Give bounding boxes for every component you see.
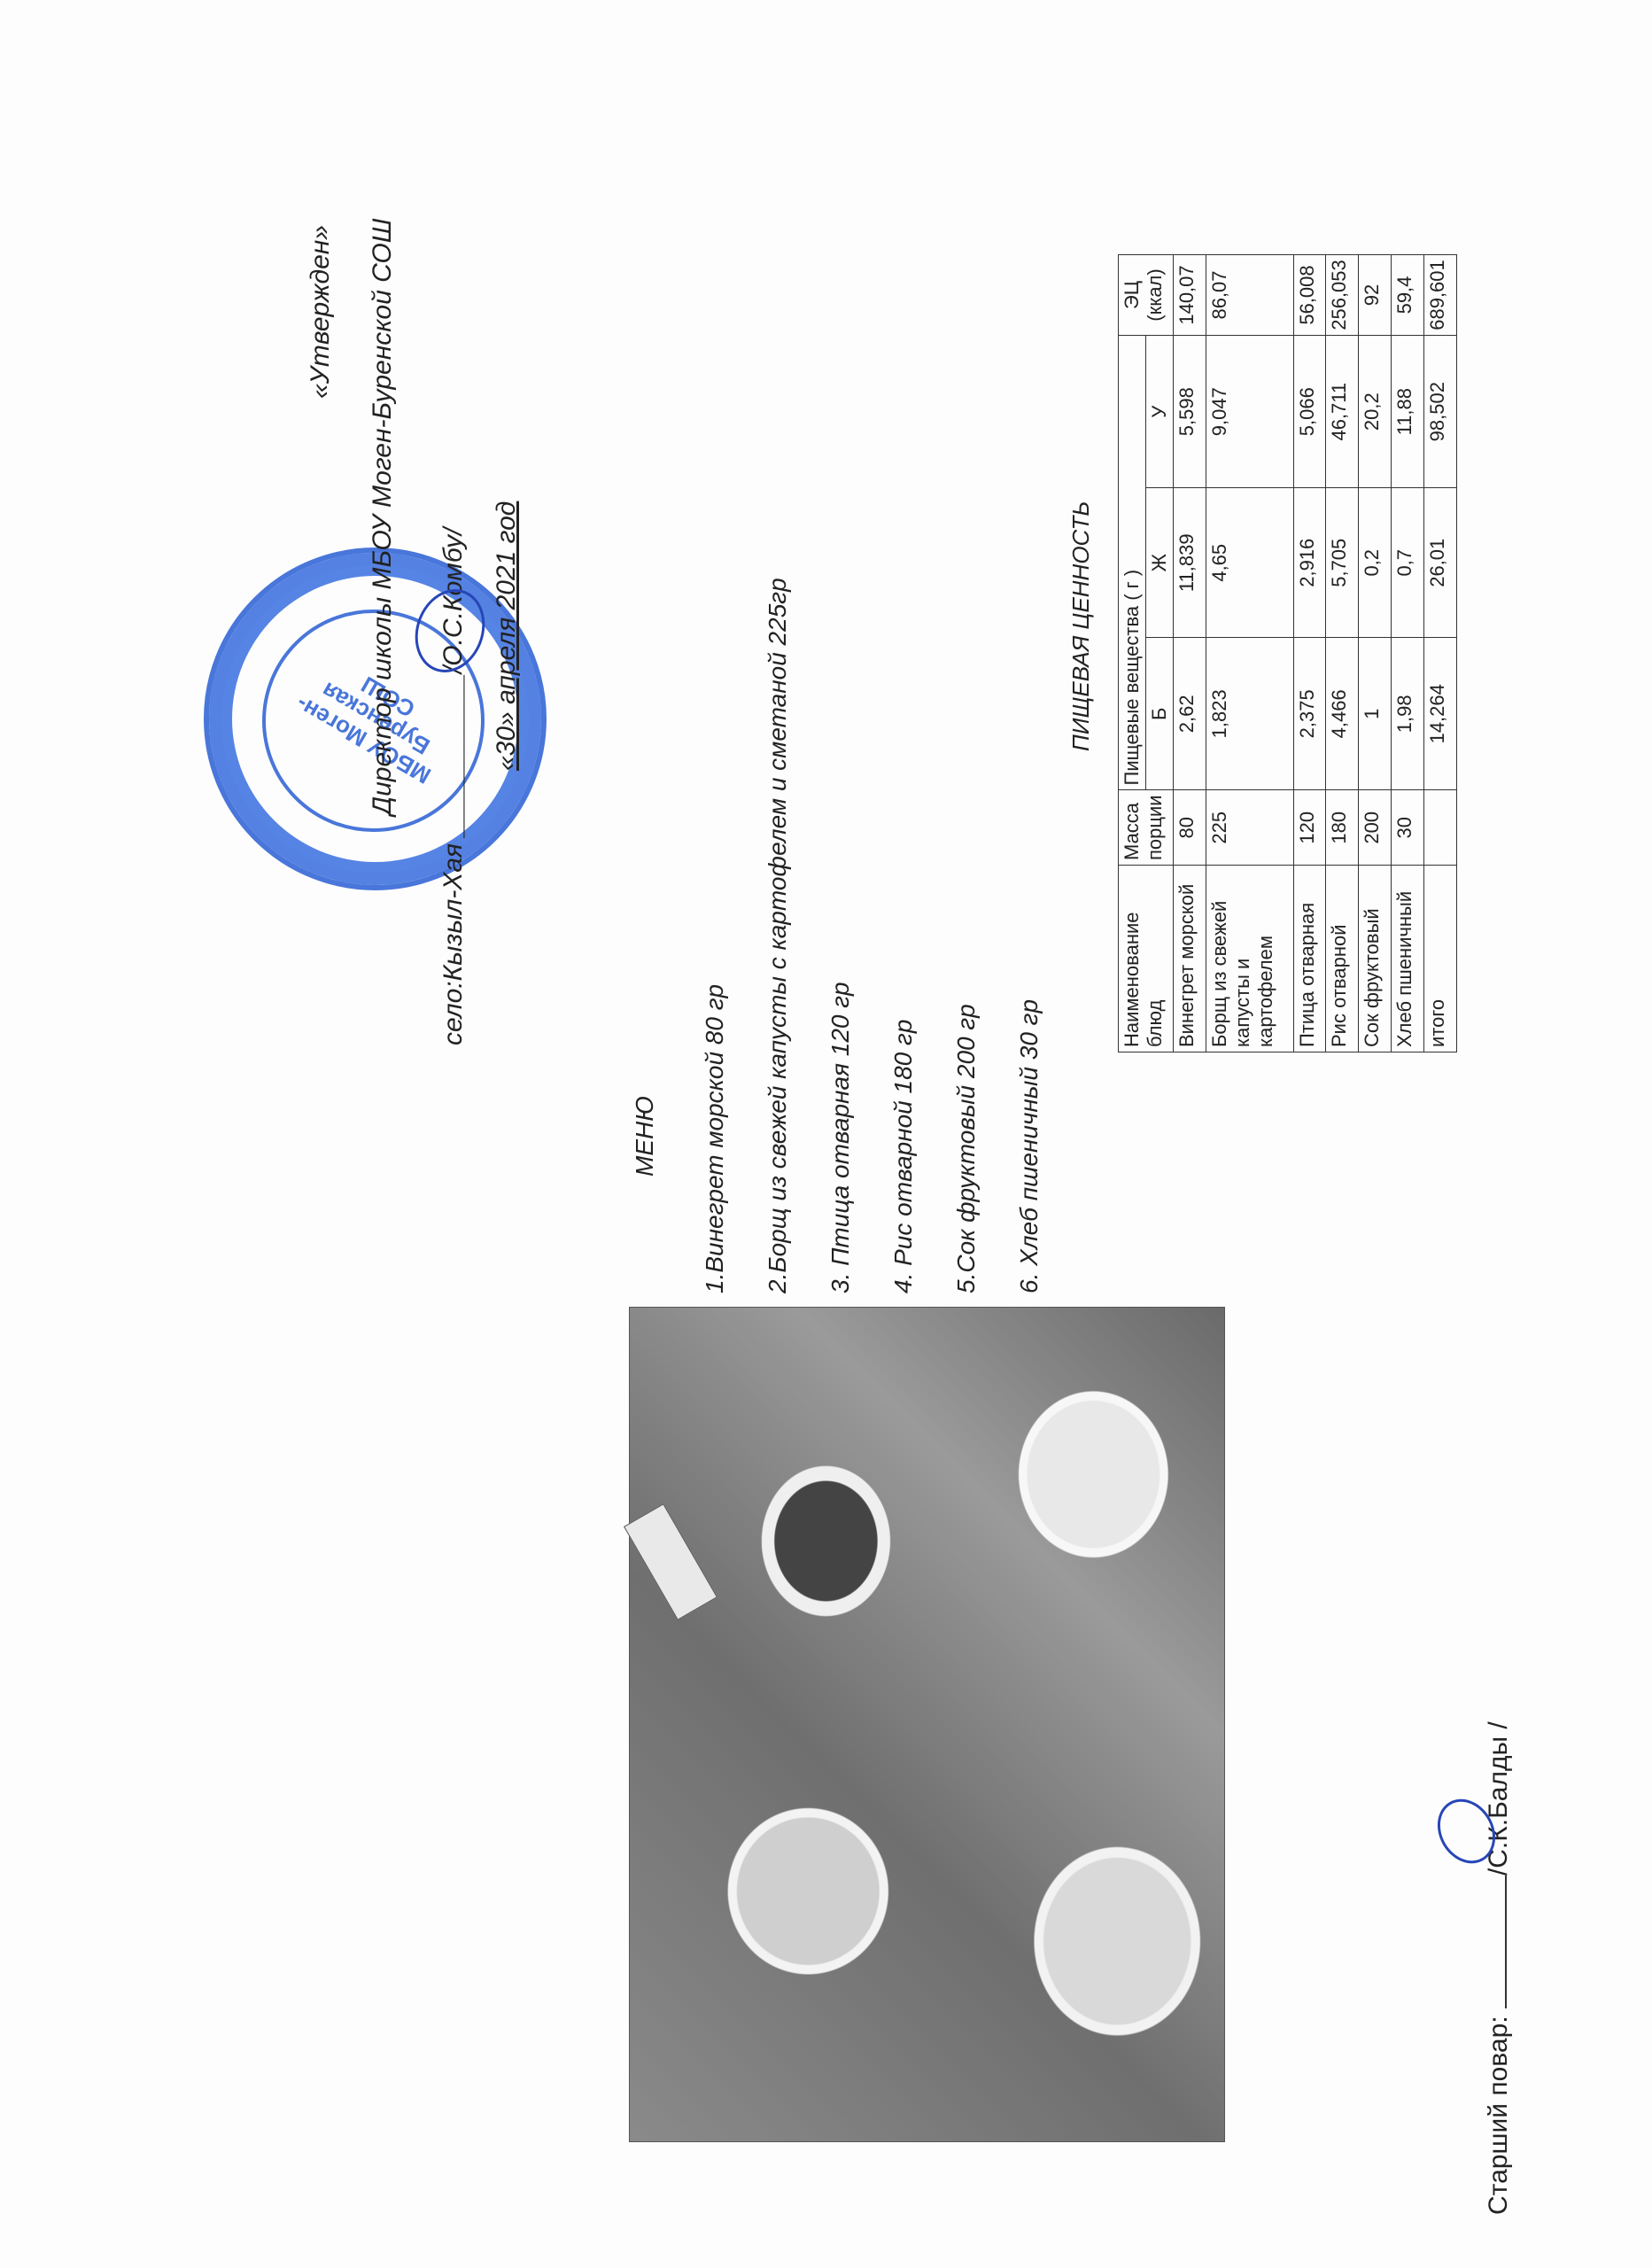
cell-fat: 0,2	[1359, 488, 1392, 638]
cell-mass	[1424, 790, 1457, 866]
cell-mass: 200	[1359, 790, 1392, 866]
table-row: Птица отварная1202,3752,9165,06656,008	[1293, 255, 1326, 1052]
cook-signature-line: Старший повар: /С.К.Балды /	[1484, 1721, 1514, 2215]
cell-fat: 26,01	[1424, 488, 1457, 638]
cell-name: Птица отварная	[1293, 866, 1326, 1052]
menu-item: 3. Птица отварная 120 гр	[826, 578, 888, 1293]
cell-mass: 120	[1293, 790, 1326, 866]
signature-blank	[1484, 1876, 1507, 2008]
header-name: Наименование блюд	[1119, 866, 1174, 1052]
cell-carbs: 98,502	[1424, 336, 1457, 488]
table-row: Винегрет морской802,6211,8395,598140,07	[1174, 255, 1206, 1052]
table-row: Сок фруктовый20010,220,292	[1359, 255, 1392, 1052]
cell-energy: 56,008	[1293, 255, 1326, 336]
cell-mass: 225	[1206, 790, 1293, 866]
menu-document: МБОУ Моген-Буренская СОШ «Утвержден» Дир…	[0, 0, 1652, 2268]
cell-name: Винегрет морской	[1174, 866, 1206, 1052]
cell-protein: 4,466	[1326, 638, 1359, 790]
juice-box-icon	[624, 1503, 717, 1620]
menu-item: 5.Сок фруктовый 200 гр	[951, 578, 1014, 1293]
nutrition-title: ПИЩЕВАЯ ЦЕННОСТЬ	[1067, 501, 1095, 751]
cell-carbs: 5,066	[1293, 336, 1326, 488]
cell-energy: 59,4	[1392, 255, 1424, 336]
approval-label: «Утвержден»	[306, 225, 336, 399]
cell-carbs: 9,047	[1206, 336, 1293, 488]
table-row: Хлеб пшеничный301,980,711,8859,4	[1392, 255, 1424, 1052]
menu-list: 1.Винегрет морской 80 гр 2.Борщ из свеже…	[700, 578, 1077, 1293]
header-mass: Масса порции	[1119, 790, 1174, 866]
cell-energy: 140,07	[1174, 255, 1206, 336]
cell-carbs: 46,711	[1326, 336, 1359, 488]
cell-protein: 2,62	[1174, 638, 1206, 790]
cell-fat: 5,705	[1326, 488, 1359, 638]
menu-item: 4. Рис отварной 180 гр	[888, 578, 951, 1293]
cell-mass: 180	[1326, 790, 1359, 866]
cell-mass: 80	[1174, 790, 1206, 866]
header-carbs: У	[1146, 336, 1174, 488]
cell-protein: 14,264	[1424, 638, 1457, 790]
food-photo	[629, 1307, 1225, 2142]
approval-date: «30» апреля 2021 год	[492, 501, 522, 771]
cell-protein: 1	[1359, 638, 1392, 790]
cell-fat: 4,65	[1206, 488, 1293, 638]
cell-mass: 30	[1392, 790, 1424, 866]
cell-protein: 2,375	[1293, 638, 1326, 790]
cell-protein: 1,98	[1392, 638, 1424, 790]
header-fat: Ж	[1146, 488, 1174, 638]
cell-carbs: 5,598	[1174, 336, 1206, 488]
cell-name: Хлеб пшеничный	[1392, 866, 1424, 1052]
cell-energy: 256,053	[1326, 255, 1359, 336]
table-row: итого14,26426,0198,502689,601	[1424, 255, 1457, 1052]
menu-item: 1.Винегрет морской 80 гр	[700, 578, 763, 1293]
menu-title: МЕНЮ	[631, 1096, 659, 1177]
cell-fat: 11,839	[1174, 488, 1206, 638]
cell-protein: 1,823	[1206, 638, 1293, 790]
cell-energy: 92	[1359, 255, 1392, 336]
menu-item: 2.Борщ из свежей капусты с картофелем и …	[763, 578, 826, 1293]
nutrition-table: Наименование блюд Масса порции Пищевые в…	[1118, 254, 1457, 1052]
table-row: Борщ из свежей капусты и картофелем2251,…	[1206, 255, 1293, 1052]
cell-carbs: 11,88	[1392, 336, 1424, 488]
cell-fat: 0,7	[1392, 488, 1424, 638]
cell-name: Сок фруктовый	[1359, 866, 1392, 1052]
header-nutrients: Пищевые вещества ( г )	[1119, 336, 1146, 790]
cell-fat: 2,916	[1293, 488, 1326, 638]
cell-name: Борщ из свежей капусты и картофелем	[1206, 866, 1293, 1052]
director-line: Директор школы МБОУ Моген-Буренской СОШ	[368, 219, 398, 815]
cell-name: итого	[1424, 866, 1457, 1052]
cook-label: Старший повар:	[1484, 2016, 1513, 2215]
cell-energy: 86,07	[1206, 255, 1293, 336]
cell-carbs: 20,2	[1359, 336, 1392, 488]
table-row: Рис отварной1804,4665,70546,711256,053	[1326, 255, 1359, 1052]
cell-name: Рис отварной	[1326, 866, 1359, 1052]
cell-energy: 689,601	[1424, 255, 1457, 336]
header-energy: ЭЦ (ккал)	[1119, 255, 1174, 336]
header-protein: Б	[1146, 638, 1174, 790]
